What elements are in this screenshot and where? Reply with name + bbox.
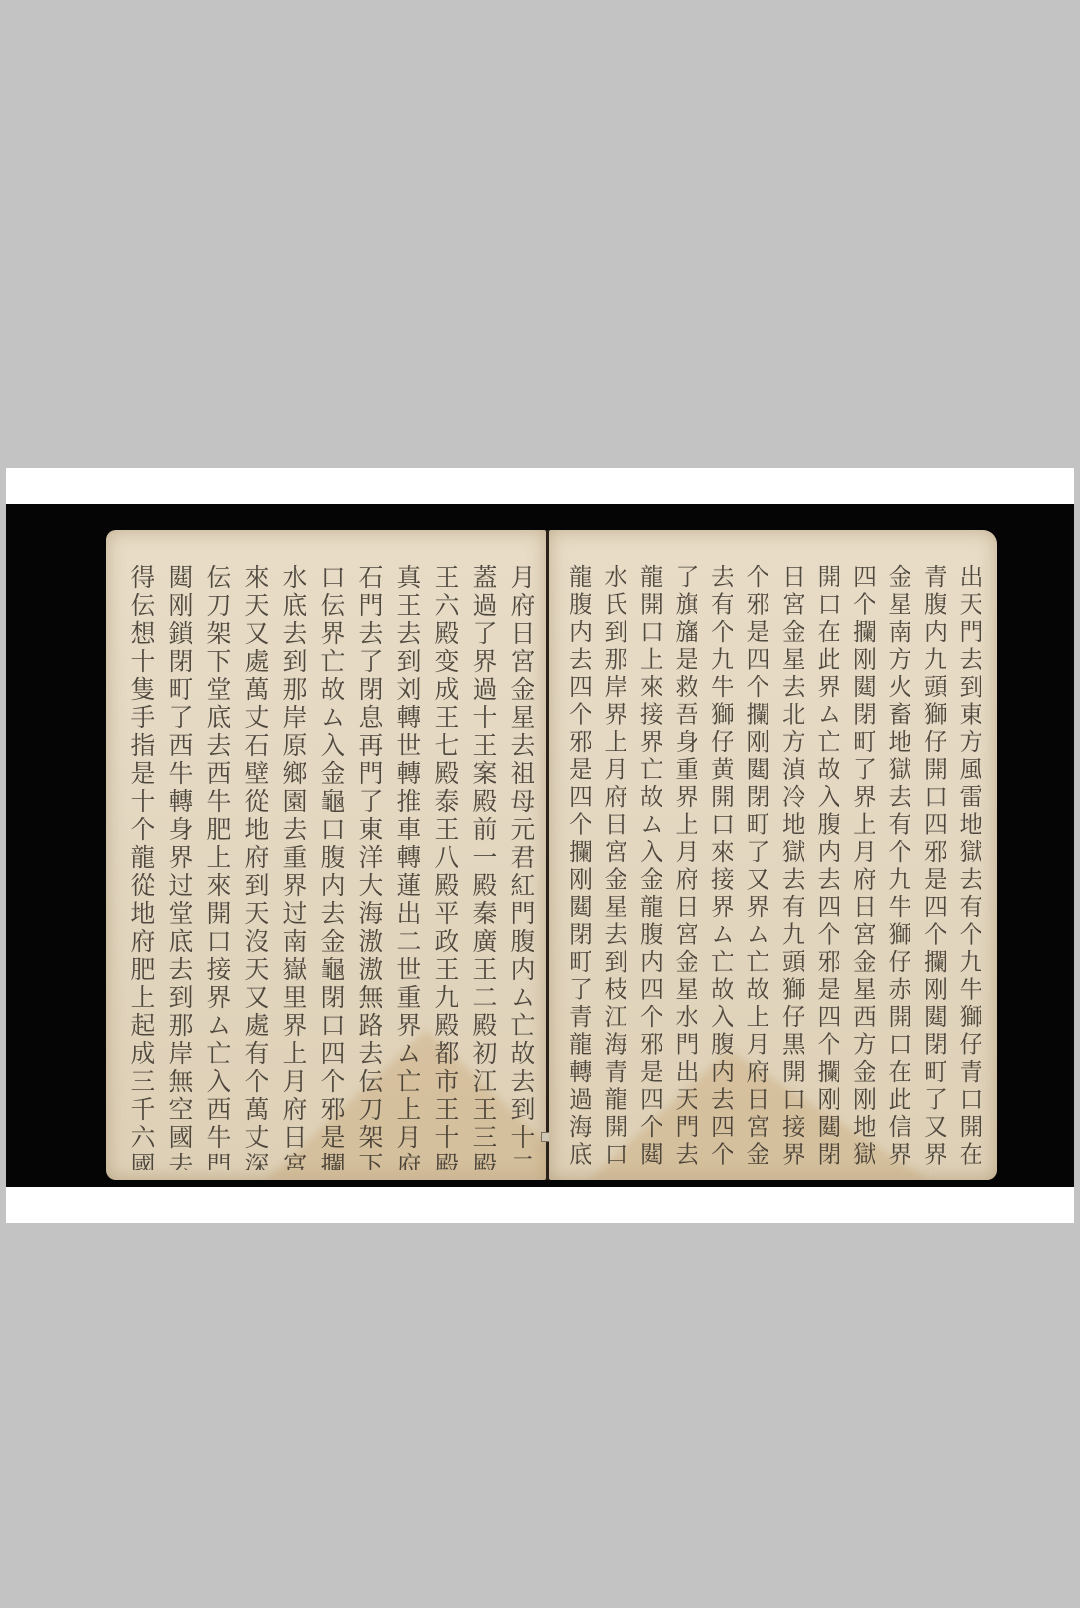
- text-column: 青腹内九頭獅仔開口四邪是四个攔刚閮閉町了又界亡故ム上月府日宮: [910, 564, 946, 1170]
- text-column: 真王去到刘轉世轉推車轉蓮出二世重界ム亡上月府日宮金星洞門快門: [382, 564, 420, 1170]
- text-column: 王六殿变成王七殿泰王八殿平政王九殿都市王十殿轉輪王去到日宜六王羅真王花: [420, 564, 458, 1170]
- text-column: 閮刚鎖閉町了西牛轉身界过堂底去到那岸無空國去无世無人通到: [154, 564, 192, 1170]
- text-column: 口伝界亡故ム入金龜口腹内去金龜閉口四个邪是攔刚閮閉息金龜轉身过: [306, 564, 344, 1170]
- left-page: 月府日宮金星去祖母元君紅門腹内ム亡故去到十二花根紅門閉息水門度 蓋過了界過十王案…: [106, 530, 546, 1180]
- image-frame: 月府日宮金星去祖母元君紅門腹内ム亡故去到十二花根紅門閉息水門度 蓋過了界過十王案…: [6, 468, 1074, 1223]
- text-column: 出天門去到東方風雷地獄去有个九牛獅仔青口開在此界亡故ム入獅仔: [946, 564, 982, 1170]
- text-column: 四个攔刚閮閉町了界上月府日宮金星西方金刚地獄去有个九頭獅仔白: [839, 564, 875, 1170]
- text-column: 日宮金星去北方湞冷地獄去有九頭獅仔黒開口接界ム亡故入腹内去四: [768, 564, 804, 1170]
- text-column: 金星南方火畜地獄去有个九牛獅仔赤開口在此信界亡故ム入腹内去四个邪是: [875, 564, 911, 1170]
- text-column: 了旗旛是救吾身重界上月府日宮金星水門出天門去到烏江海金: [662, 564, 698, 1170]
- text-column: 伝刀架下堂底去西牛肥上來開口接界ム亡入西牛門牛腹内去西閉口四个邪是: [192, 564, 230, 1170]
- left-page-text: 月府日宮金星去祖母元君紅門腹内ム亡故去到十二花根紅門閉息水門度 蓋過了界過十王案…: [116, 564, 534, 1170]
- right-page: 出天門去到東方風雷地獄去有个九牛獅仔青口開在此界亡故ム入獅仔 青腹内九頭獅仔開口…: [549, 530, 997, 1180]
- text-column: 得伝想十隻手指是十个龍從地府肥上起成三千六國中西天冬處起成: [116, 564, 154, 1170]
- text-column: 龍開口上來接界亡故ム入金龍腹内四个邪是四个閮刚鎖閉町了轉過: [626, 564, 662, 1170]
- manuscript-photo: 月府日宮金星去祖母元君紅門腹内ム亡故去到十二花根紅門閉息水門度 蓋過了界過十王案…: [6, 504, 1074, 1187]
- text-column: 蓋過了界過十王案殿前一殿秦廣王二殿初江王三殿宋帝王四殿五官王五殿天子: [458, 564, 496, 1170]
- text-column: 个邪是四个攔刚閮閉町了又界ム亡故上月府日宮金星去中央普涼地獄: [733, 564, 769, 1170]
- text-column: 水氏到那岸界上月府日宮金星去到枝江海青龍開口上來接界ム亡入青: [591, 564, 627, 1170]
- text-column: 石門去了閉息再門了東洋大海滶滶無路去伝刀架下海底去金龜肥上來開: [344, 564, 382, 1170]
- text-column: 來天又處萬丈石壁從地府到天沒天又處有个萬丈深堂水滶滶無路去: [230, 564, 268, 1170]
- image-viewer: 月府日宮金星去祖母元君紅門腹内ム亡故去到十二花根紅門閉息水門度 蓋過了界過十王案…: [0, 0, 1080, 1608]
- text-column: 龍腹内去四个邪是四个攔刚閮閉町了青龍轉過海底去到那岸界上: [555, 564, 591, 1170]
- text-column: 去有个九牛獅仔黄開口來接界ム亡故入腹内去四个邪是四个閮刚閮閉町: [697, 564, 733, 1170]
- right-page-text: 出天門去到東方風雷地獄去有个九牛獅仔青口開在此界亡故ム入獅仔 青腹内九頭獅仔開口…: [555, 564, 981, 1170]
- text-column: 水底去到那岸原鄉園去重界过南嶽里界上月府日宮金星去到西天: [268, 564, 306, 1170]
- text-column: 月府日宮金星去祖母元君紅門腹内ム亡故去到十二花根紅門閉息水門度: [496, 564, 534, 1170]
- text-column: 開口在此界ム亡故入腹内去四个邪是四个攔刚閮閉町了又界ム亡故上月府: [804, 564, 840, 1170]
